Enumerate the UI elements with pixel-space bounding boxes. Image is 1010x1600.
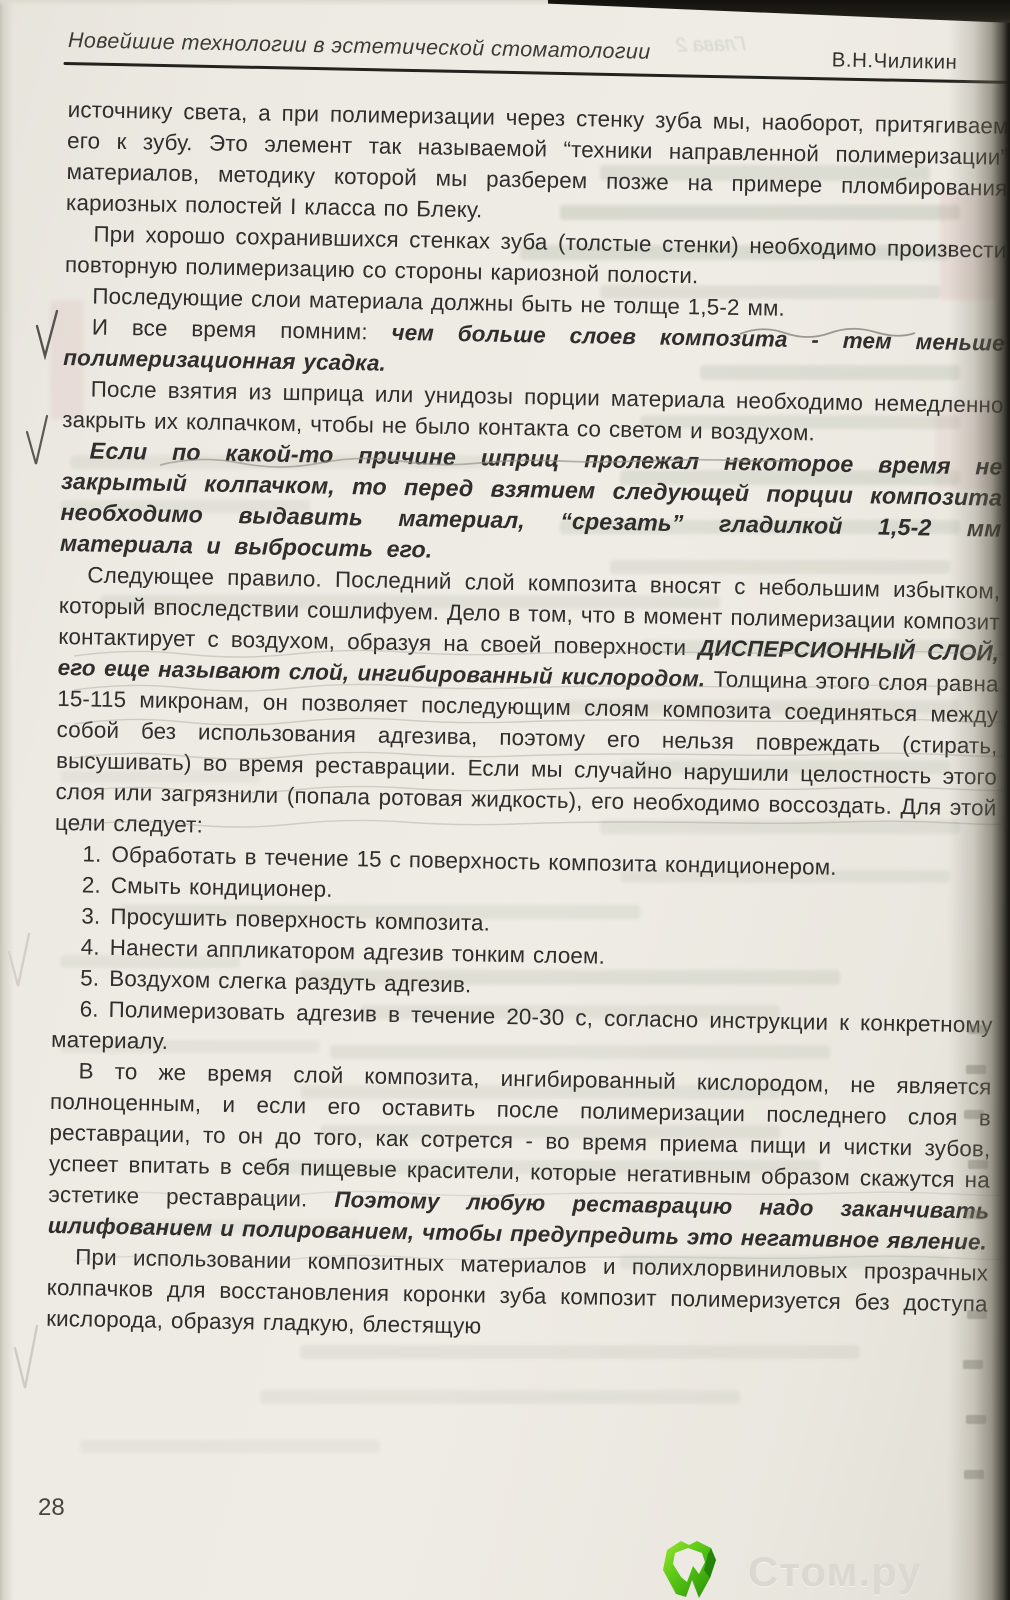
bleedthrough-text: Глава 2 <box>676 33 747 57</box>
gutter-bleed-glyph <box>963 1360 983 1369</box>
pencil-underline <box>72 649 1002 661</box>
gutter-bleed-glyph <box>966 1065 986 1074</box>
pencil-checkmark-icon <box>24 412 50 468</box>
gutter-bleed-glyph <box>964 1470 984 1479</box>
page-number: 28 <box>38 1494 65 1522</box>
running-head-author: В.Н.Чиликин <box>832 48 958 75</box>
pencil-underline <box>72 819 1002 831</box>
tooth-logo-icon <box>652 1538 726 1600</box>
paragraph-text: В то же время слой композита, ингибирова… <box>48 1058 992 1212</box>
gutter-bleed-glyph <box>968 1160 988 1169</box>
watermark: Стом.ру <box>652 1538 922 1600</box>
bleedthrough-smudge <box>300 1345 860 1359</box>
paragraph: В то же время слой композита, ингибирова… <box>48 1055 992 1258</box>
list-item-number: 6. <box>79 996 108 1022</box>
gutter-bleed-glyph <box>967 1310 987 1319</box>
pencil-underline <box>72 717 1002 729</box>
paragraph: Следующее правило. Последний слой композ… <box>55 559 1001 855</box>
gutter-bleed-glyph <box>968 1025 988 1034</box>
pencil-underline <box>738 326 918 340</box>
paragraph-text: источнику света, а при полимеризации чер… <box>66 97 1009 222</box>
running-head-title: Новейшие технологии в эстетической стома… <box>68 28 651 65</box>
gutter-bleed-glyph <box>966 1415 986 1424</box>
list-item-number: 3. <box>81 903 110 929</box>
list-item-text: Воздухом слегка раздуть адгезив. <box>109 966 472 997</box>
pencil-checkmark-icon <box>12 1322 40 1392</box>
pencil-checkmark-icon <box>34 308 60 360</box>
paragraph-text: После взятия из шприца или унидозы порци… <box>62 376 1004 445</box>
gutter-bleed-glyph <box>965 1210 985 1219</box>
book-page-scan: Глава 2 Новейшие технологии в эстетическ… <box>0 0 1010 1600</box>
watermark-text: Стом.ру <box>748 1548 922 1596</box>
pencil-underline <box>72 1254 1002 1266</box>
scan-edge-left <box>0 0 14 1600</box>
list-item-text: Просушить поверхность композита. <box>110 904 490 936</box>
pencil-underline <box>72 1190 1002 1202</box>
list-item-number: 4. <box>81 934 110 960</box>
list-item-text: Смыть кондиционер. <box>111 873 333 902</box>
bleedthrough-smudge <box>80 1440 380 1453</box>
numbered-list: 1.Обработать в течение 15 с поверхность … <box>51 838 996 1072</box>
list-item-number: 5. <box>80 965 109 991</box>
scan-shadow-top-right <box>548 0 1010 26</box>
list-item-number: 2. <box>82 872 111 898</box>
gutter-bleed-glyph <box>964 1110 984 1119</box>
bleedthrough-smudge <box>260 1390 740 1404</box>
list-item-number: 1. <box>82 841 111 867</box>
pencil-underline <box>72 683 1002 695</box>
paragraph: источнику света, а при полимеризации чер… <box>66 94 1009 235</box>
paragraph-text: И все время помним: <box>92 314 392 344</box>
pencil-underline <box>72 751 1002 763</box>
pencil-underline <box>158 456 808 472</box>
paragraph-text: При хорошо сохранившихся стенках зуба (т… <box>65 221 1007 288</box>
pencil-underline <box>72 785 1002 797</box>
